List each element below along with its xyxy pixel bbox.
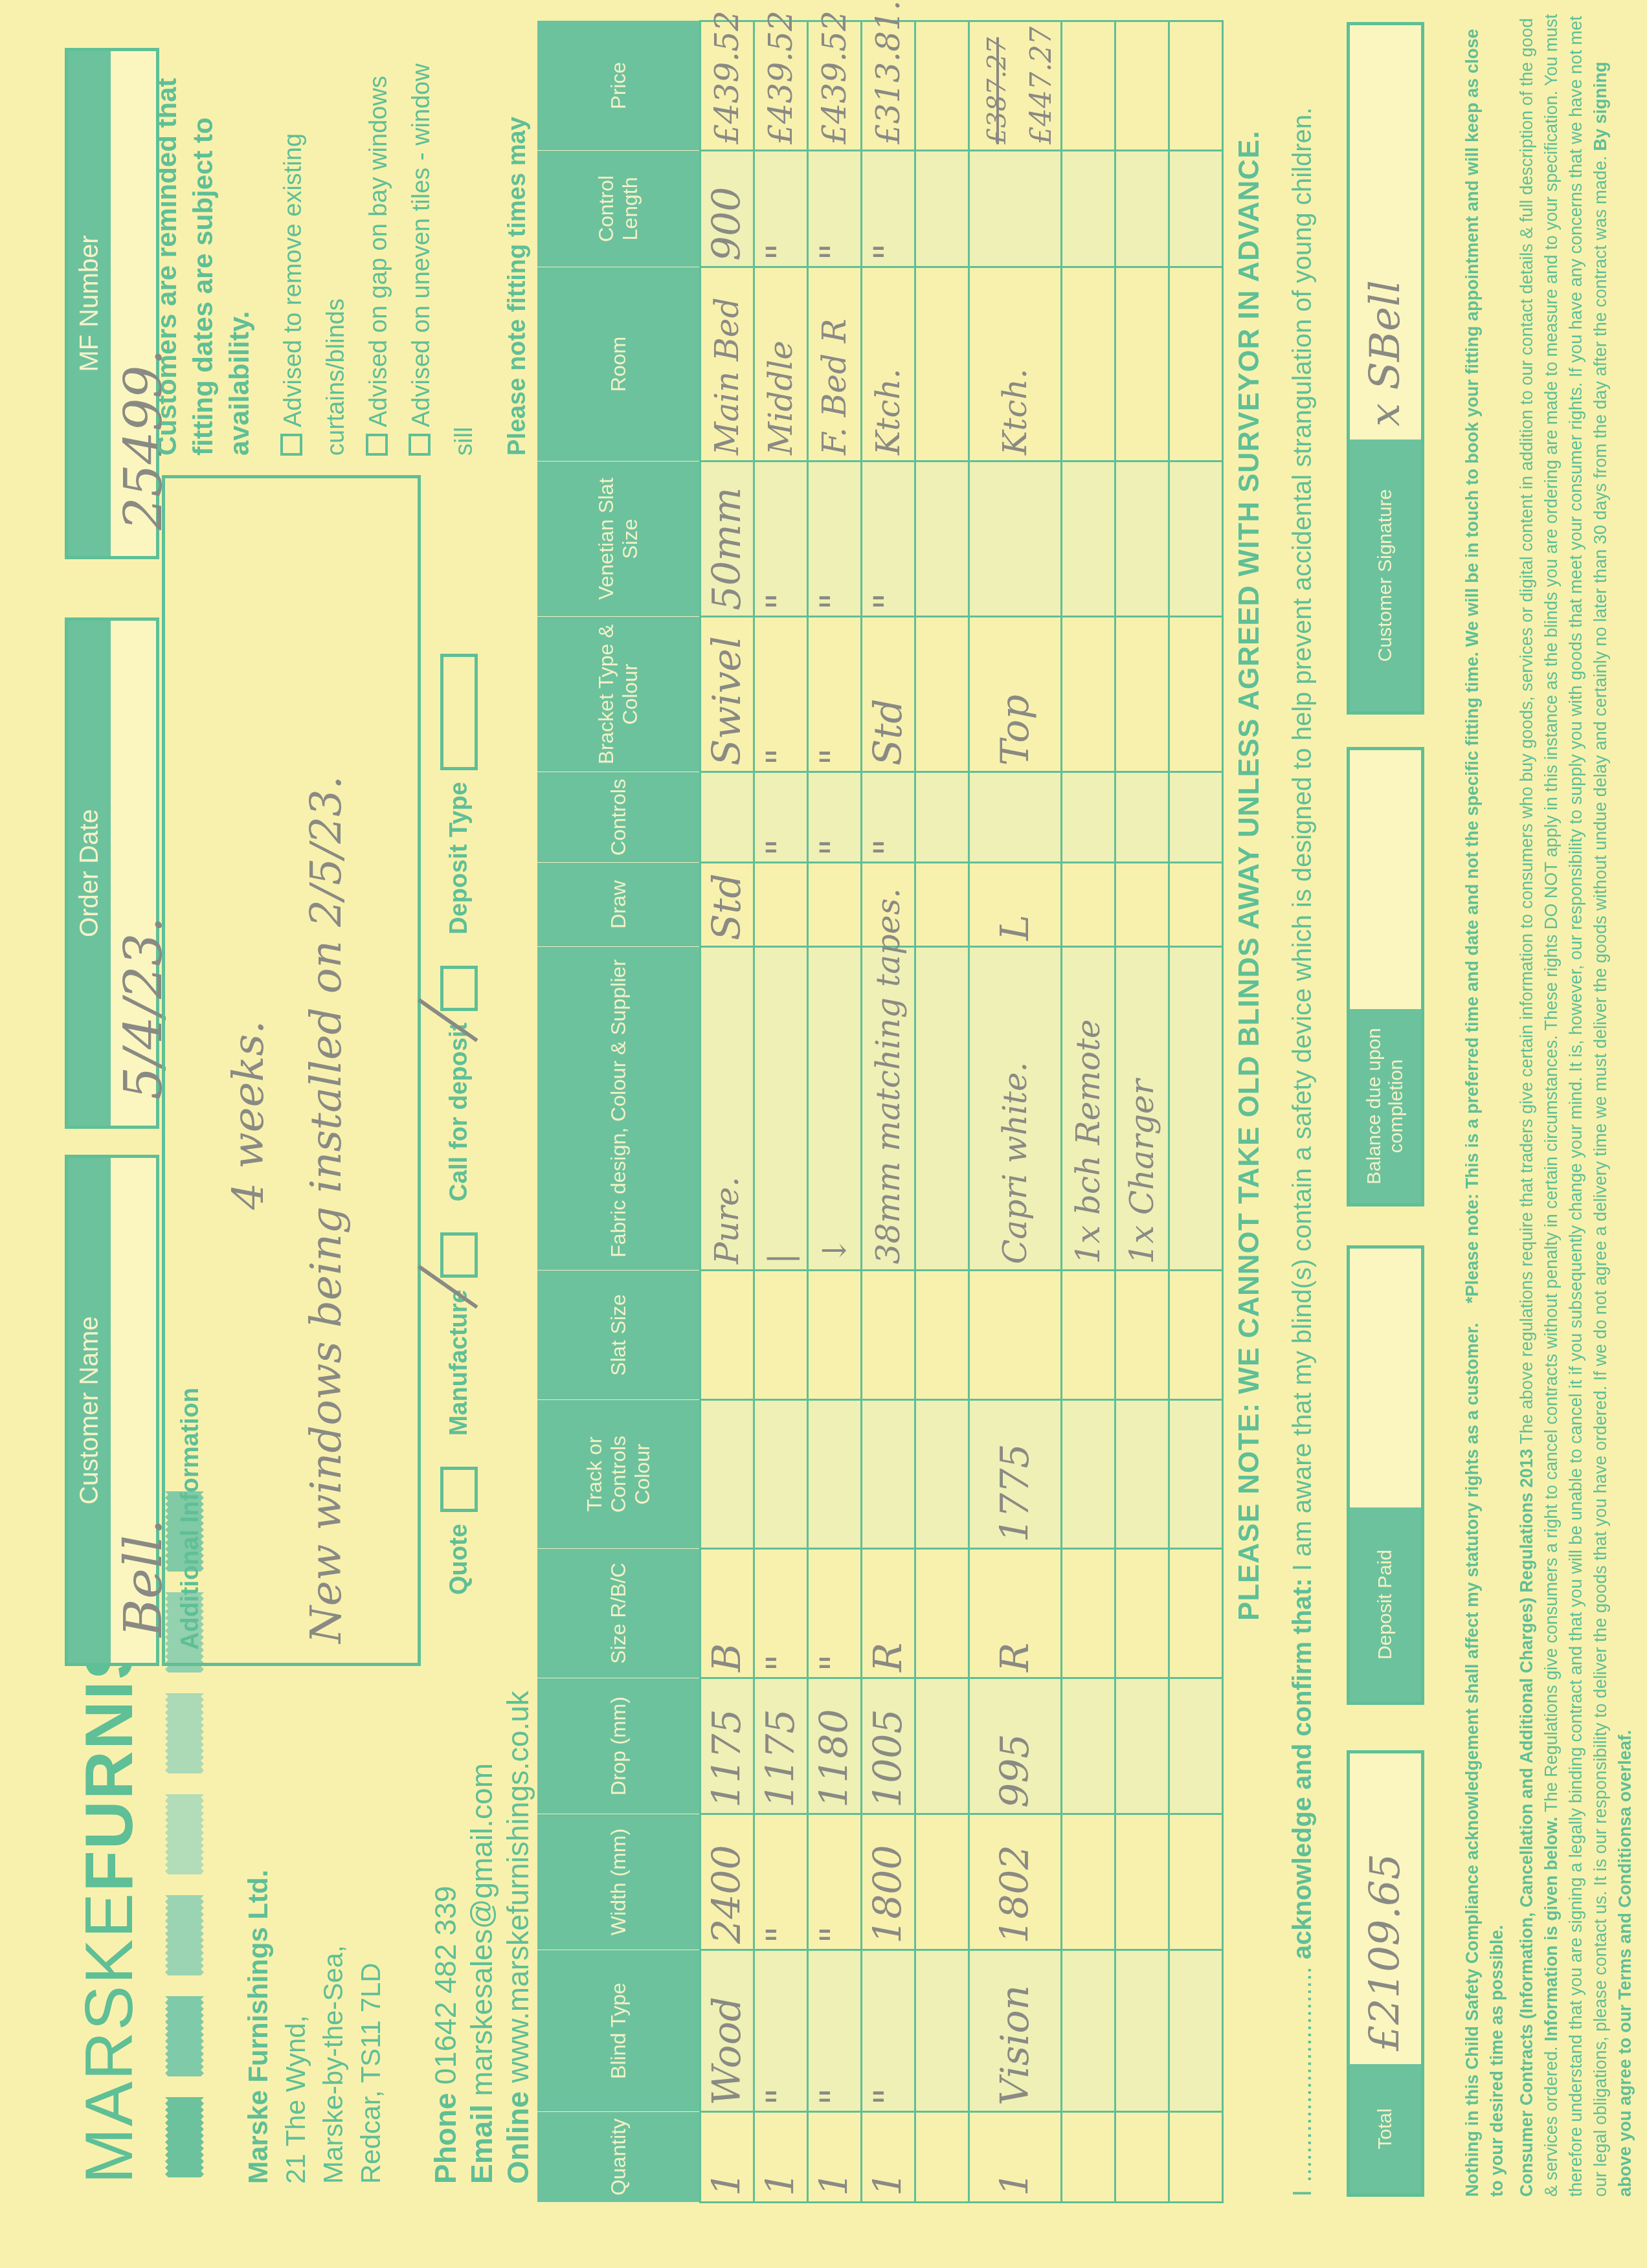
table-cell[interactable] (1169, 863, 1223, 947)
email-link[interactable]: marskesales@gmail.com (465, 1763, 499, 2096)
deposit-paid-label: Deposit Paid (1350, 1507, 1421, 1702)
table-cell[interactable]: 1 (862, 2112, 915, 2203)
ack-name-blank[interactable]: I .............................. (1288, 1966, 1317, 2197)
table-cell[interactable] (915, 1400, 969, 1549)
table-cell[interactable]: £439.52 (808, 21, 862, 151)
table-cell[interactable] (1115, 1814, 1169, 1950)
table-cell[interactable]: 1005 (862, 1678, 915, 1814)
total-label: Total (1350, 2064, 1421, 2194)
table-cell[interactable] (754, 1400, 808, 1549)
table-cell[interactable]: 50mm (700, 461, 754, 617)
table-cell[interactable]: 38mm matching tapes. (862, 947, 915, 1271)
table-cell[interactable]: " (808, 1814, 862, 1950)
table-cell[interactable]: " (862, 151, 915, 267)
company-contact: Phone 01642 482 339 Email marskesales@gm… (427, 1691, 536, 2184)
balance-due-field[interactable]: Balance due upon completion (1347, 747, 1424, 1206)
table-cell[interactable] (1062, 1678, 1115, 1814)
table-cell[interactable]: Pure. (700, 947, 754, 1271)
company-address: Marske Furnishings Ltd. 21 The Wynd, Mar… (240, 1870, 390, 2184)
table-row: 1x Charger (1115, 21, 1169, 2203)
table-cell[interactable] (1115, 1271, 1169, 1400)
table-cell[interactable]: 1175 (754, 1678, 808, 1814)
column-header: Controls (537, 772, 700, 863)
table-cell[interactable]: " (754, 772, 808, 863)
statutory-note: Nothing in this Child Safety Compliance … (1462, 1323, 1482, 2197)
swatch-icon (165, 1895, 204, 1975)
table-cell[interactable]: Swivel (700, 617, 754, 772)
regs-info-heading: Information is given below. (1541, 1817, 1561, 2041)
table-cell[interactable] (700, 1271, 754, 1400)
safety-acknowledgement: I .............................. acknowl… (1288, 107, 1317, 2197)
table-cell[interactable] (1115, 1678, 1169, 1814)
table-cell[interactable]: 1802 (969, 1814, 1062, 1950)
regs-title: Consumer Contracts (Information, Cancell… (1517, 1449, 1536, 2197)
total-field[interactable]: Total £2109.65 (1347, 1750, 1424, 2197)
online-label: Online (501, 2091, 535, 2184)
table-cell[interactable]: 1 (700, 2112, 754, 2203)
corrected-price: £447.27 (1025, 27, 1058, 144)
table-cell[interactable] (1115, 267, 1169, 461)
order-date-label: Order Date (68, 621, 111, 1126)
table-cell[interactable]: £313.81. (862, 21, 915, 151)
table-cell[interactable]: Top (969, 617, 1062, 772)
column-header: Price (537, 21, 700, 151)
website-link[interactable]: www.marskefurnishings.co.uk (501, 1691, 535, 2083)
table-row: 1""1180"↓"""F. Bed R"£439.52 (808, 21, 862, 2203)
table-cell[interactable]: 1 (808, 2112, 862, 2203)
table-cell[interactable]: F. Bed R (808, 267, 862, 461)
table-cell[interactable] (1062, 461, 1115, 617)
table-row (915, 21, 969, 2203)
column-header: Room (537, 267, 700, 461)
table-cell[interactable] (700, 772, 754, 863)
table-cell[interactable] (862, 1271, 915, 1400)
advice-checkbox-item[interactable]: Advised on gap on bay windows (357, 28, 400, 456)
deposit-type-label: Deposit Type (445, 782, 473, 935)
table-cell[interactable] (1062, 617, 1115, 772)
order-items-table: QuantityBlind TypeWidth (mm)Drop (mm)Siz… (537, 20, 1224, 2203)
table-cell[interactable]: L (969, 863, 1062, 947)
table-cell[interactable] (1169, 21, 1223, 151)
table-cell[interactable] (969, 461, 1062, 617)
table-cell[interactable] (1169, 772, 1223, 863)
balance-label: Balance due upon completion (1350, 1009, 1421, 1203)
column-header: Size R/B/C (537, 1549, 700, 1678)
ack-heading: acknowledge and confirm that: (1288, 1578, 1317, 1959)
table-cell[interactable] (1115, 461, 1169, 617)
deposit-type-field[interactable] (440, 654, 478, 770)
table-cell[interactable] (1062, 2112, 1115, 2203)
table-cell[interactable] (1062, 151, 1115, 267)
manufacture-label: Manufacture (445, 1289, 473, 1436)
table-cell[interactable] (1169, 1549, 1223, 1678)
table-cell[interactable] (915, 947, 969, 1271)
table-cell[interactable] (915, 151, 969, 267)
call-for-deposit-label: Call for deposit (445, 1023, 473, 1202)
table-cell[interactable]: " (862, 1950, 915, 2112)
table-row: 1"18001005R38mm matching tapes."Std"Ktch… (862, 21, 915, 2203)
table-cell[interactable]: " (754, 461, 808, 617)
brand-light: MARSKE (72, 1892, 147, 2184)
table-cell[interactable] (1169, 617, 1223, 772)
table-row (1169, 21, 1223, 2203)
table-cell[interactable]: " (862, 461, 915, 617)
old-blinds-notice: PLEASE NOTE: WE CANNOT TAKE OLD BLINDS A… (1233, 130, 1266, 1621)
table-cell[interactable] (808, 863, 862, 947)
table-cell[interactable]: 995 (969, 1678, 1062, 1814)
table-cell[interactable] (915, 461, 969, 617)
quote-label: Quote (445, 1524, 473, 1595)
column-header: Control Length (537, 151, 700, 267)
table-cell[interactable]: Middle (754, 267, 808, 461)
table-cell[interactable]: ↓ (808, 947, 862, 1271)
table-cell[interactable] (1115, 1400, 1169, 1549)
table-cell[interactable] (1169, 461, 1223, 617)
order-date-field[interactable]: Order Date 5/4/23. (65, 617, 159, 1129)
ack-text: I am aware that my blind(s) contain a sa… (1288, 107, 1317, 1571)
table-cell[interactable] (1169, 1400, 1223, 1549)
table-cell[interactable]: " (754, 1549, 808, 1678)
table-cell[interactable]: 1x Charger (1115, 947, 1169, 1271)
address-line: Marske-by-the-Sea, (315, 1870, 352, 2184)
table-cell[interactable] (1062, 1271, 1115, 1400)
table-cell[interactable] (915, 863, 969, 947)
table-cell[interactable] (808, 1271, 862, 1400)
table-cell[interactable]: Ktch. (969, 267, 1062, 461)
table-cell[interactable]: R (969, 1549, 1062, 1678)
table-cell[interactable]: Main Bed (700, 267, 754, 461)
table-row: 1""1175"|"""Middle"£439.52 (754, 21, 808, 2203)
table-cell[interactable]: £439.52 (754, 21, 808, 151)
column-header: Drop (mm) (537, 1678, 700, 1814)
table-cell[interactable] (754, 863, 808, 947)
order-form-sheet: MARSKEFURNISHINGS Marske Furnishings Ltd… (0, 0, 1647, 2268)
table-cell[interactable] (915, 267, 969, 461)
column-header: Width (mm) (537, 1814, 700, 1950)
table-cell[interactable] (969, 151, 1062, 267)
table-cell[interactable]: 1775 (969, 1400, 1062, 1549)
table-cell[interactable]: " (808, 461, 862, 617)
additional-info-line: 4 weeks. (223, 1021, 273, 1210)
table-cell[interactable]: Capri white. (969, 947, 1062, 1271)
deposit-paid-value (1350, 1249, 1421, 1507)
customer-signature-field[interactable]: Customer Signature x SBell (1347, 22, 1424, 715)
balance-value (1350, 750, 1421, 1009)
advice-checkbox-item[interactable]: Advised to remove existing curtains/blin… (272, 28, 357, 456)
total-value: £2109.65 (1350, 1753, 1421, 2064)
signature-value: x SBell (1350, 25, 1421, 439)
table-cell[interactable]: " (754, 1814, 808, 1950)
table-cell[interactable] (1062, 267, 1115, 461)
table-cell[interactable]: Std (700, 863, 754, 947)
table-cell[interactable]: 900 (700, 151, 754, 267)
column-header: Draw (537, 863, 700, 947)
column-header: Blind Type (537, 1950, 700, 2112)
company-name: Marske Furnishings Ltd. (240, 1870, 277, 2184)
table-cell[interactable] (754, 1271, 808, 1400)
table-cell[interactable] (1115, 863, 1169, 947)
swatch-icon (165, 1996, 204, 2076)
table-cell[interactable] (915, 1678, 969, 1814)
struck-price: £387.27 (982, 38, 1012, 144)
mf-number-field[interactable]: MF Number 25499. (65, 48, 159, 559)
table-cell[interactable]: 1x bch Remote (1062, 947, 1115, 1271)
customer-name-label: Customer Name (68, 1158, 111, 1663)
table-cell[interactable]: " (808, 772, 862, 863)
table-cell[interactable] (915, 2112, 969, 2203)
table-cell[interactable] (915, 772, 969, 863)
table-body: 1Wood24001175BPure.StdSwivel50mmMain Bed… (700, 21, 1223, 2203)
table-cell[interactable] (1115, 21, 1169, 151)
table-cell[interactable]: £387.27£447.27 (969, 21, 1062, 151)
table-row: 1x bch Remote (1062, 21, 1115, 2203)
column-header: Quantity (537, 2112, 700, 2203)
column-header: Slat Size (537, 1271, 700, 1400)
table-cell[interactable] (1115, 772, 1169, 863)
email-label: Email (465, 2104, 499, 2184)
table-cell[interactable]: 1800 (862, 1814, 915, 1950)
manufacture-checkbox[interactable] (440, 1232, 478, 1278)
table-cell[interactable] (969, 1271, 1062, 1400)
table-cell[interactable] (862, 1400, 915, 1549)
table-cell[interactable] (1115, 151, 1169, 267)
table-cell[interactable] (1062, 1950, 1115, 2112)
swatch-icon (165, 1794, 204, 1874)
phone-number: 01642 482 339 (429, 1886, 462, 2085)
order-status-checkboxes: Quote Manufacture Call for deposit Depos… (440, 654, 478, 1595)
table-cell[interactable] (1169, 1678, 1223, 1814)
table-cell[interactable]: 1180 (808, 1678, 862, 1814)
additional-information-box[interactable]: Additional Information 4 weeks. New wind… (162, 475, 421, 1666)
table-cell[interactable]: " (808, 1950, 862, 2112)
table-cell[interactable] (1115, 1950, 1169, 2112)
address-line: Redcar, TS11 7LD (352, 1870, 390, 2184)
table-cell[interactable]: Std (862, 617, 915, 772)
table-cell[interactable]: B (700, 1549, 754, 1678)
table-row: 1Vision1802995R1775Capri white.LTopKtch.… (969, 21, 1062, 2203)
table-cell[interactable]: " (808, 1549, 862, 1678)
table-cell[interactable] (1169, 1814, 1223, 1950)
table-cell[interactable]: " (862, 772, 915, 863)
table-cell[interactable]: " (754, 151, 808, 267)
advice-checklist: Advised to remove existing curtains/blin… (272, 28, 486, 456)
table-cell[interactable]: Vision (969, 1950, 1062, 2112)
table-cell[interactable] (915, 1950, 969, 2112)
advice-checkbox-item[interactable]: Advised on uneven tiles - window sill (400, 28, 486, 456)
table-cell[interactable] (915, 617, 969, 772)
table-cell[interactable] (1115, 2112, 1169, 2203)
table-cell[interactable] (1062, 1549, 1115, 1678)
table-cell[interactable]: 1 (754, 2112, 808, 2203)
table-cell[interactable] (1169, 151, 1223, 267)
table-cell[interactable] (915, 1549, 969, 1678)
table-cell[interactable] (1062, 21, 1115, 151)
swatch-icon (165, 1693, 204, 1773)
mf-number-label: MF Number (68, 51, 111, 556)
column-header: Fabric design, Colour & Supplier (537, 947, 700, 1271)
call-for-deposit-checkbox[interactable] (440, 966, 478, 1011)
swatch-icon (165, 2097, 204, 2177)
table-cell[interactable] (700, 1400, 754, 1549)
table-cell[interactable] (915, 1814, 969, 1950)
table-cell[interactable]: Wood (700, 1950, 754, 2112)
table-cell[interactable] (1062, 1814, 1115, 1950)
table-cell[interactable] (1169, 1950, 1223, 2112)
table-cell[interactable]: R (862, 1549, 915, 1678)
signature-label: Customer Signature (1350, 439, 1421, 711)
table-cell[interactable]: 1 (969, 2112, 1062, 2203)
customer-name-field[interactable]: Customer Name Bell. (65, 1155, 159, 1666)
quote-checkbox[interactable] (440, 1467, 478, 1512)
table-cell[interactable] (915, 1271, 969, 1400)
table-cell[interactable] (1169, 267, 1223, 461)
table-cell[interactable] (1169, 1271, 1223, 1400)
table-cell[interactable]: " (808, 151, 862, 267)
table-cell[interactable] (1062, 1400, 1115, 1549)
column-header: Bracket Type & Colour (537, 617, 700, 772)
table-cell[interactable]: Ktch. (862, 267, 915, 461)
table-row: 1Wood24001175BPure.StdSwivel50mmMain Bed… (700, 21, 754, 2203)
table-cell[interactable] (808, 1400, 862, 1549)
deposit-paid-field[interactable]: Deposit Paid (1347, 1245, 1424, 1705)
table-cell[interactable]: £439.52 (700, 21, 754, 151)
fitting-notes: Customers are reminded that fitting date… (149, 28, 598, 456)
phone-label: Phone (429, 2093, 462, 2184)
fitting-reminder: Customers are reminded that fitting date… (149, 28, 258, 456)
table-cell[interactable]: 2400 (700, 1814, 754, 1950)
additional-info-title: Additional Information (177, 1388, 205, 1650)
table-cell[interactable] (1062, 863, 1115, 947)
legal-fine-print: Nothing in this Child Safety Compliance … (1460, 9, 1637, 2197)
table-cell[interactable]: " (754, 1950, 808, 2112)
table-cell[interactable] (915, 21, 969, 151)
table-cell[interactable] (1115, 617, 1169, 772)
column-header: Track or Controls Colour (537, 1400, 700, 1549)
table-cell[interactable] (969, 772, 1062, 863)
table-header-row: QuantityBlind TypeWidth (mm)Drop (mm)Siz… (537, 21, 700, 2203)
table-cell[interactable]: 1175 (700, 1678, 754, 1814)
column-header: Venetian Slat Size (537, 461, 700, 617)
additional-info-line: New windows being installed on 2/5/23. (301, 776, 351, 1643)
table-cell[interactable] (1115, 1549, 1169, 1678)
table-cell[interactable] (1169, 2112, 1223, 2203)
table-cell[interactable]: | (754, 947, 808, 1271)
table-cell[interactable] (1062, 772, 1115, 863)
table-cell[interactable]: " (754, 617, 808, 772)
table-cell[interactable] (1169, 947, 1223, 1271)
address-line: 21 The Wynd, (277, 1870, 315, 2184)
table-cell[interactable]: " (808, 617, 862, 772)
